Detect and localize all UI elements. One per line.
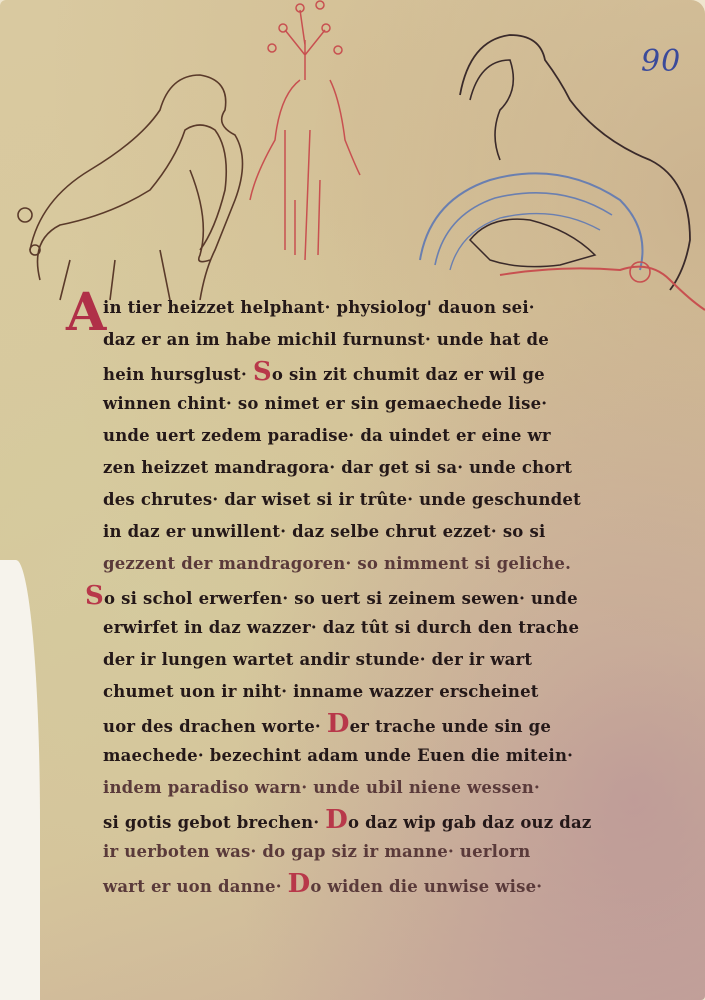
text-line: indem paradiso warn· unde ubil niene wes… — [103, 772, 663, 804]
text-line: chumet uon ir niht· inname wazzer ersche… — [103, 676, 663, 708]
rubric-initial: D — [325, 805, 348, 835]
text-block: in tier heizzet helphant· physiolog' dau… — [103, 292, 663, 900]
text-line: erwirfet in daz wazzer· daz tût si durch… — [103, 612, 663, 644]
rubric-initial: D — [288, 869, 311, 899]
text-line: winnen chint· so nimet er sin gemaechede… — [103, 388, 663, 420]
text-line: zen heizzet mandragora· dar get si sa· u… — [103, 452, 663, 484]
rubric-initial: D — [327, 709, 350, 739]
text-line: hein hursglust· So sin zit chumit daz er… — [103, 356, 663, 388]
text-line: der ir lungen wartet andir stunde· der i… — [103, 644, 663, 676]
text-line: unde uert zedem paradise· da uindet er e… — [103, 420, 663, 452]
mandrake-figure-drawing — [250, 1, 360, 260]
decorated-initial: A — [66, 282, 106, 343]
text-line: So si schol erwerfen· so uert si zeinem … — [85, 580, 663, 612]
text-line: wart er uon danne· Do widen die unwise w… — [103, 868, 663, 900]
text-line: ir uerboten was· do gap siz ir manne· ue… — [103, 836, 663, 868]
rubric-initial: S — [253, 357, 272, 387]
text-line: in daz er unwillent· daz selbe chrut ezz… — [103, 516, 663, 548]
text-line: si gotis gebot brechen· Do daz wip gab d… — [103, 804, 663, 836]
text-line: maechede· bezechint adam unde Euen die m… — [103, 740, 663, 772]
illustration-panel — [0, 0, 705, 320]
manuscript-page: 90 A in tier heizzet helphant· physiolog… — [0, 0, 705, 1000]
folio-number: 90 — [641, 44, 681, 79]
text-line: in tier heizzet helphant· physiolog' dau… — [103, 292, 663, 324]
text-line: daz er an im habe michil furnunst· unde … — [103, 324, 663, 356]
elephant-pair-drawing — [18, 75, 243, 300]
text-line: uor des drachen worte· Der trache unde s… — [103, 708, 663, 740]
text-line: gezzent der mandragoren· so nimment si g… — [103, 548, 663, 580]
rubric-initial: S — [85, 581, 104, 611]
text-line: des chrutes· dar wiset si ir trûte· unde… — [103, 484, 663, 516]
